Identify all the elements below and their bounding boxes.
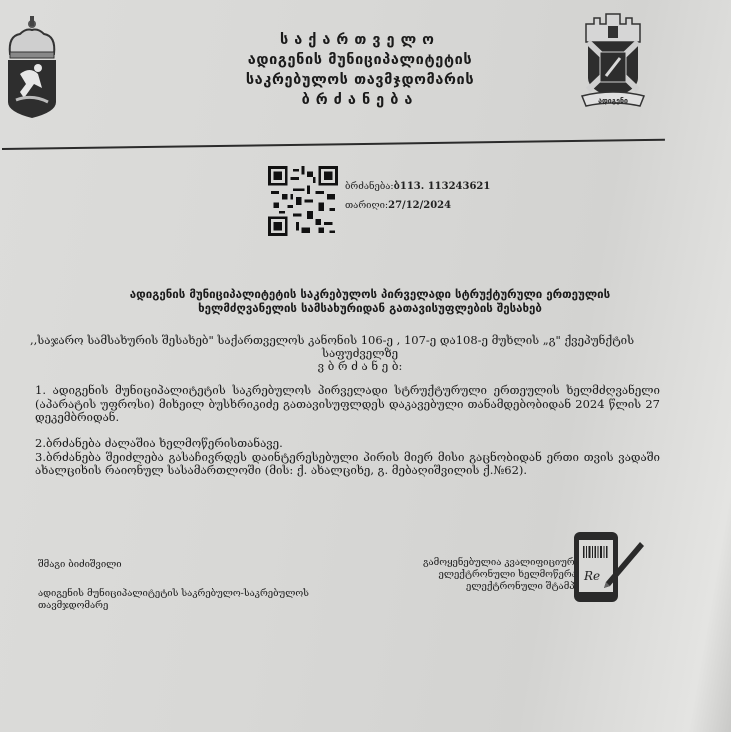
esign-line2: ელექტრონული ხელმოწერა/ [380, 569, 580, 581]
svg-text:ადიგენი: ადიგენი [598, 97, 628, 105]
electronic-signature-note: გამოყენებულია კვალიფიციური ელექტრონული ხ… [380, 557, 580, 593]
clauses-2-3: 2.ბრძანება ძალაშია ხელმოწერისთანავე. 3.ბ… [35, 437, 660, 478]
order-title-line2: ხელმძღვანელის სამსახურიდან გათავისუფლები… [60, 301, 680, 315]
header-doc-type: ბრძანება [180, 90, 540, 110]
svg-text:Re: Re [583, 569, 600, 583]
order-number-label: ბრძანება: [345, 181, 394, 192]
esign-line1: გამოყენებულია კვალიფიციური [380, 557, 580, 569]
clause-3: 3.ბრძანება შეიძლება გასაჩივრდეს დაინტერე… [35, 451, 660, 478]
tablet-signature-icon: Re [570, 528, 650, 606]
order-date-label: თარიღი: [345, 200, 388, 211]
order-number: ბრძანება:ბ113. 113243621 [345, 181, 490, 192]
order-number-value: ბ113. 113243621 [394, 181, 491, 192]
adigeni-municipality-coat-of-arms-icon: ადიგენი [580, 10, 646, 110]
signatory: შმაგი ბიძიშვილი ადიგენის მუნიციპალიტეტის… [38, 559, 309, 612]
signatory-name: შმაგი ბიძიშვილი [38, 559, 309, 571]
signatory-role-line2: თავმჯდომარე [38, 600, 309, 612]
ordering-phrase: ვ ბ რ ძ ა ნ ე ბ: [30, 360, 690, 373]
order-title: ადიგენის მუნიციპალიტეტის საკრებულოს პირვ… [60, 287, 680, 315]
clause-1: 1. ადიგენის მუნიციპალიტეტის საკრებულოს პ… [35, 384, 660, 425]
qr-code-icon[interactable] [266, 166, 340, 236]
header-country: საქართველო [180, 30, 540, 50]
header-divider [2, 139, 665, 150]
signatory-role-line1: ადიგენის მუნიციპალიტეტის საკრებულო-საკრე… [38, 588, 309, 600]
legal-basis: ,,საჯარო სამსახურის შესახებ" საქართველოს… [30, 334, 690, 373]
clause-2: 2.ბრძანება ძალაშია ხელმოწერისთანავე. [35, 437, 660, 451]
header-municipality: ადიგენის მუნიციპალიტეტის [180, 50, 540, 70]
georgia-coat-of-arms-icon [2, 14, 62, 119]
header-chairman: საკრებულოს თავმჯდომარის [180, 70, 540, 90]
order-date-value: 27/12/2024 [388, 200, 451, 211]
order-date: თარიღი:27/12/2024 [345, 200, 451, 211]
document-header: საქართველო ადიგენის მუნიციპალიტეტის საკრ… [180, 30, 540, 110]
esign-line3: ელექტრონული შტამპი [380, 581, 580, 593]
order-title-line1: ადიგენის მუნიციპალიტეტის საკრებულოს პირვ… [60, 287, 680, 301]
